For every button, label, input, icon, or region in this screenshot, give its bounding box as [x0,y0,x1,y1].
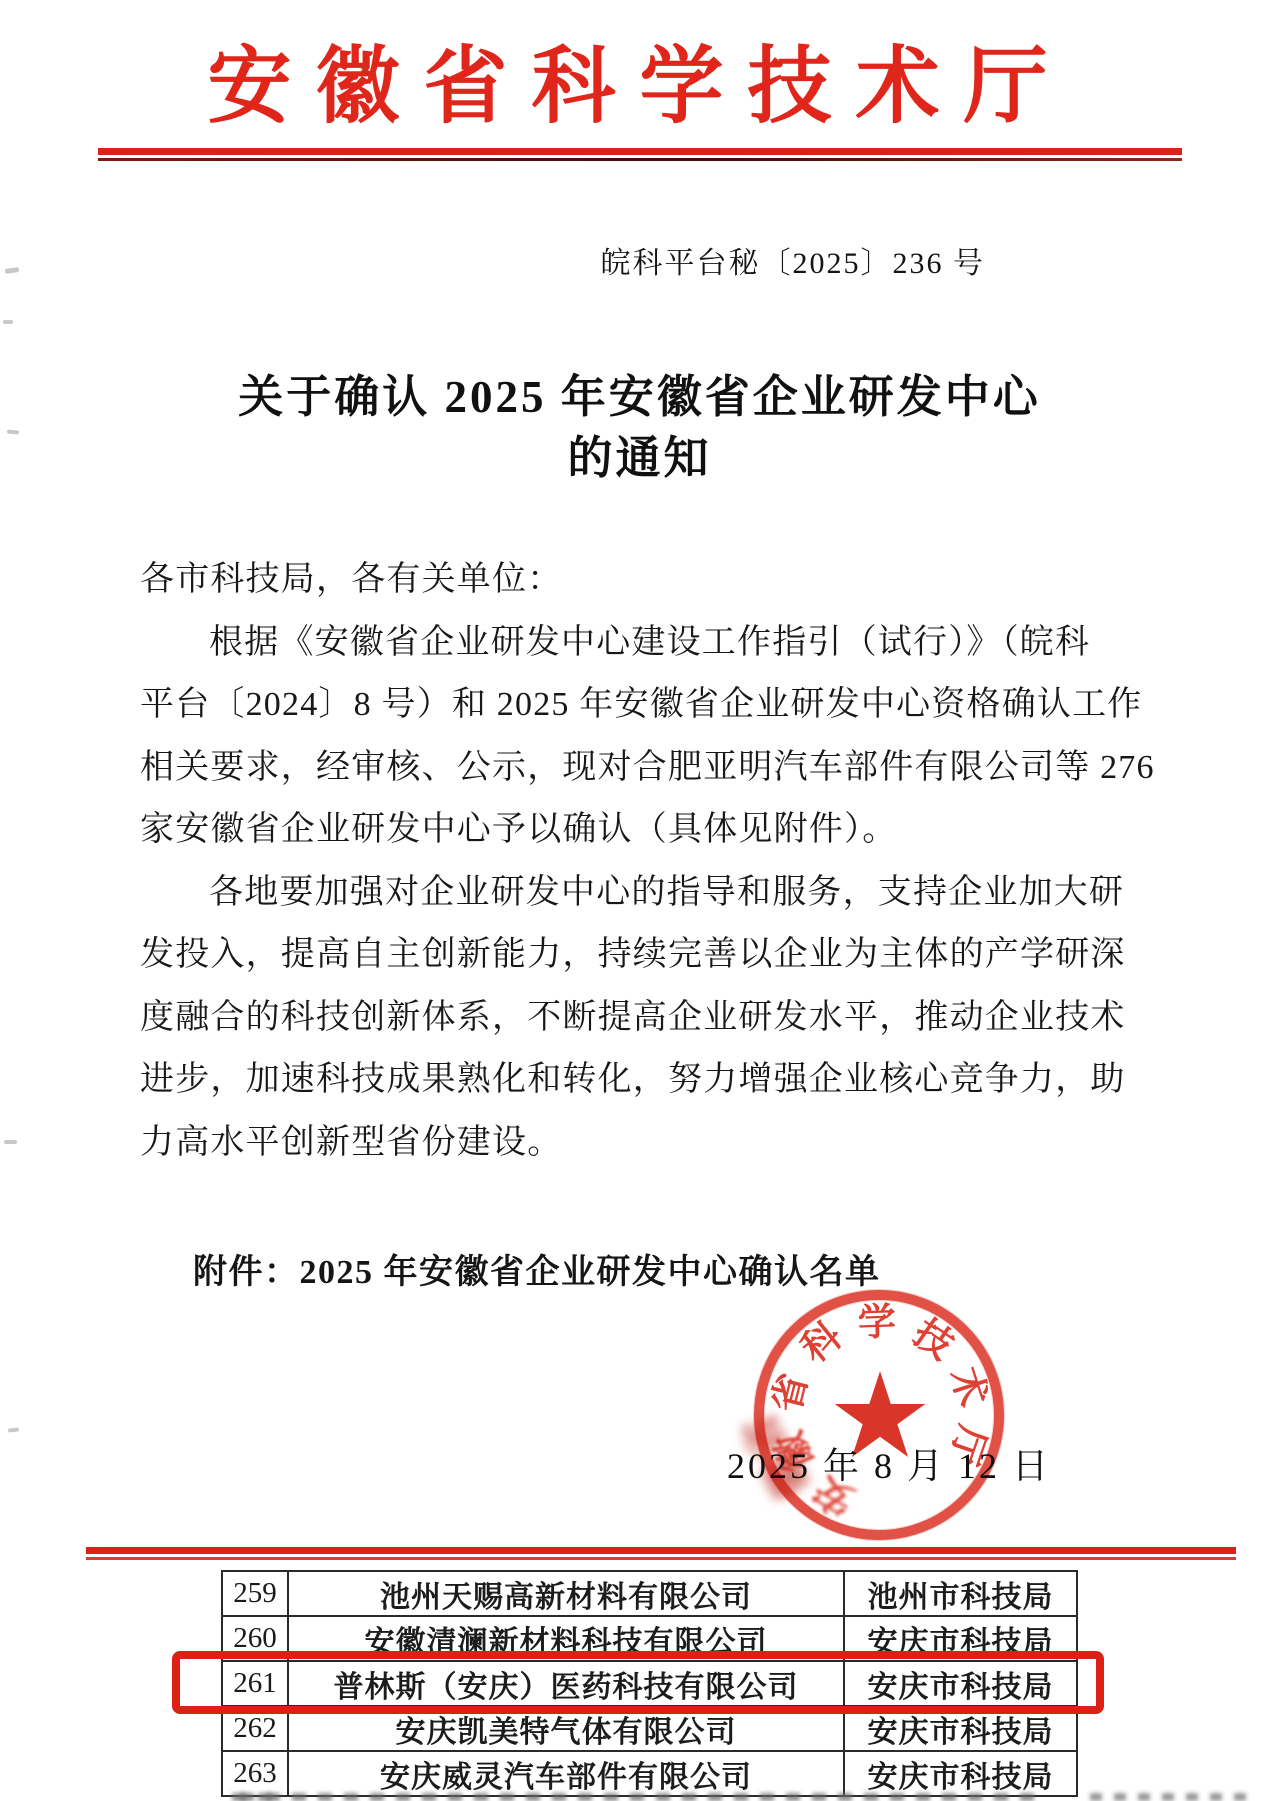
scan-artifact [8,1427,19,1432]
attachment-separator-rule-bottom [86,1557,1236,1560]
company-name: 池州天赐高新材料有限公司 [289,1572,845,1615]
cutoff-row-blur [240,1793,1040,1801]
row-number: 259 [223,1572,289,1615]
scan-artifact [4,1140,17,1144]
body-line: 相关要求，经审核、公示，现对合肥亚明汽车部件有限公司等 276 [140,737,1135,800]
doc-reference-number: 皖科平台秘〔2025〕236 号 [601,238,986,282]
document-page: 安徽省科学技术厅 皖科平台秘〔2025〕236 号 关于确认 2025 年安徽省… [0,0,1279,1801]
row-number: 263 [223,1752,289,1795]
body-line: 力高水平创新型省份建设。 [140,1112,1135,1175]
body-line: 根据《安徽省企业研发中心建设工作指引（试行）》（皖科 [140,612,1135,675]
bureau-name: 安庆市科技局 [845,1752,1076,1795]
letterhead-rule-dark [98,158,1182,161]
body-salutation: 各市科技局，各有关单位： [140,549,1135,612]
attachment-separator-rule-top [86,1547,1236,1554]
seal-char: 学 [857,1303,896,1342]
scan-artifact [3,320,13,324]
body-line: 平台〔2024〕8 号）和 2025 年安徽省企业研发中心资格确认工作 [140,674,1135,737]
notice-title-line1: 关于确认 2025 年安徽省企业研发中心 [0,360,1279,425]
cutoff-row-blur [1090,1793,1250,1801]
letterhead-rule-red [98,148,1182,155]
bureau-name: 池州市科技局 [845,1572,1076,1615]
attachment-line: 附件：2025 年安徽省企业研发中心确认名单 [193,1244,881,1293]
company-name: 安庆威灵汽车部件有限公司 [289,1752,845,1795]
letterhead-agency-title: 安徽省科学技术厅 [0,36,1279,140]
table-row: 263 安庆威灵汽车部件有限公司 安庆市科技局 [223,1752,1076,1797]
body-line: 发投入，提高自主创新能力，持续完善以企业为主体的产学研深 [140,924,1135,987]
highlight-box-row-261 [172,1651,1104,1714]
scan-artifact [5,267,20,274]
body-line: 度融合的科技创新体系，不断提高企业研发水平，推动企业技术 [140,987,1135,1050]
notice-body: 各市科技局，各有关单位： 根据《安徽省企业研发中心建设工作指引（试行）》（皖科 … [140,549,1135,1174]
table-row: 259 池州天赐高新材料有限公司 池州市科技局 [223,1572,1076,1617]
issue-date: 2025 年 8 月 12 日 [727,1438,1051,1489]
notice-title-line2: 的通知 [0,421,1279,486]
body-line: 家安徽省企业研发中心予以确认（具体见附件）。 [140,799,1135,862]
body-line: 进步，加速科技成果熟化和转化，努力增强企业核心竞争力，助 [140,1049,1135,1112]
body-line: 各地要加强对企业研发中心的指导和服务，支持企业加大研 [140,862,1135,925]
